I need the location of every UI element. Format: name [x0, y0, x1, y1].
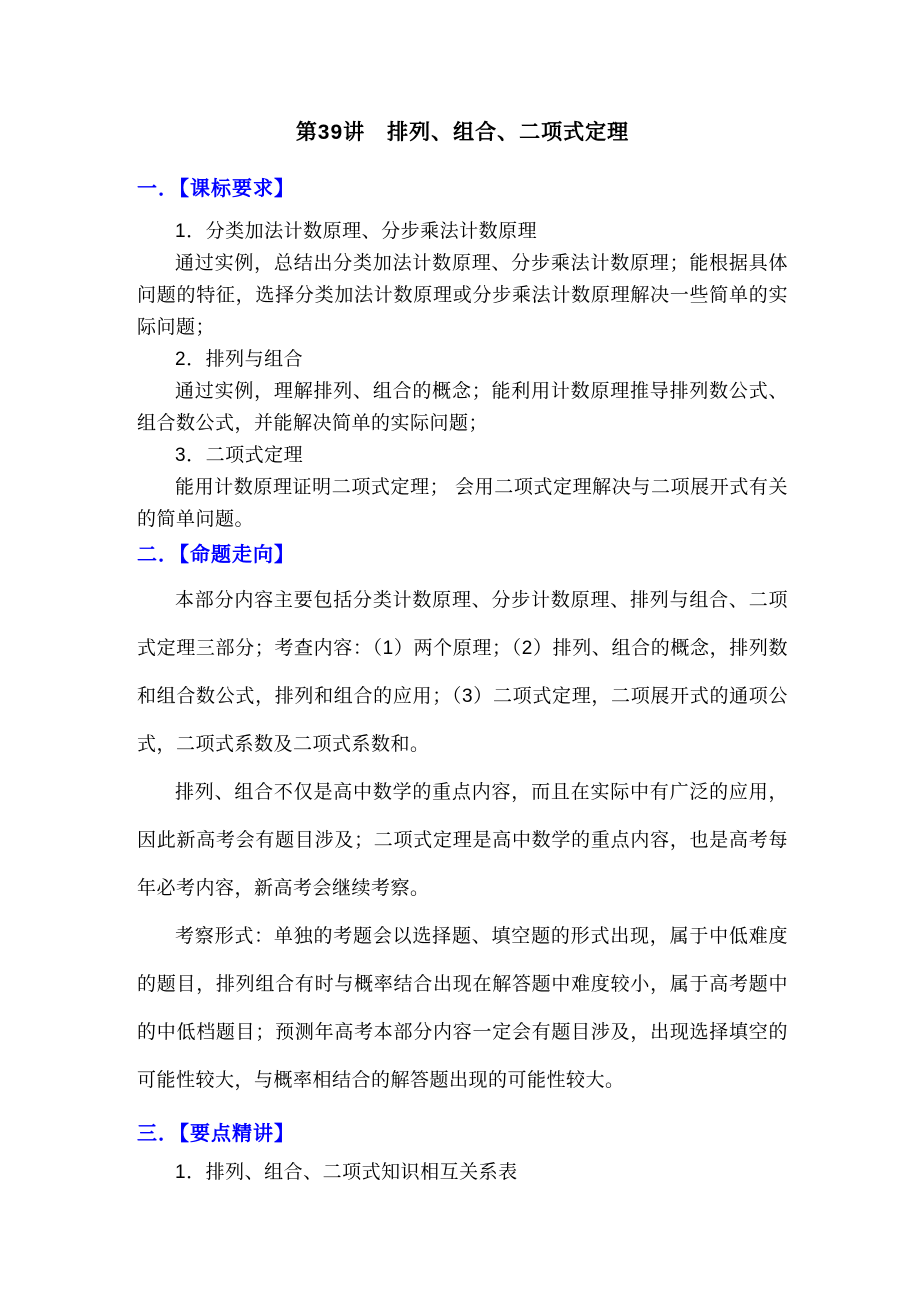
- section-heading-exam-trends: 二．【命题走向】: [137, 542, 788, 568]
- paragraph-importance: 排列、组合不仅是高中数学的重点内容，而且在实际中有广泛的应用，因此新高考会有题目…: [137, 769, 788, 913]
- section-heading-key-points: 三．【要点精讲】: [137, 1121, 788, 1147]
- paragraph-content-overview: 本部分内容主要包括分类计数原理、分步计数原理、排列与组合、二项式定理三部分；考查…: [137, 577, 788, 769]
- paragraph-item-2-title: 2．排列与组合: [137, 344, 788, 376]
- paragraph-item-2-text: 通过实例，理解排列、组合的概念；能利用计数原理推导排列数公式、组合数公式，并能解…: [137, 376, 788, 440]
- section-exam-trends: 二．【命题走向】 本部分内容主要包括分类计数原理、分步计数原理、排列与组合、二项…: [137, 542, 788, 1105]
- paragraph-relationship-table-title: 1．排列、组合、二项式知识相互关系表: [137, 1157, 788, 1189]
- section-body-exam-trends: 本部分内容主要包括分类计数原理、分步计数原理、排列与组合、二项式定理三部分；考查…: [137, 577, 788, 1105]
- paragraph-exam-format: 考察形式：单独的考题会以选择题、填空题的形式出现，属于中低难度的题目，排列组合有…: [137, 913, 788, 1105]
- document-title: 第39讲 排列、组合、二项式定理: [137, 118, 788, 148]
- paragraph-item-1-title: 1．分类加法计数原理、分步乘法计数原理: [137, 216, 788, 248]
- section-body-course-standards: 1．分类加法计数原理、分步乘法计数原理 通过实例，总结出分类加法计数原理、分步乘…: [137, 216, 788, 536]
- paragraph-item-3-text: 能用计数原理证明二项式定理； 会用二项式定理解决与二项展开式有关的简单问题。: [137, 472, 788, 536]
- document-page: 第39讲 排列、组合、二项式定理 一．【课标要求】 1．分类加法计数原理、分步乘…: [0, 0, 920, 1302]
- section-course-standards: 一．【课标要求】 1．分类加法计数原理、分步乘法计数原理 通过实例，总结出分类加…: [137, 176, 788, 536]
- section-key-points: 三．【要点精讲】 1．排列、组合、二项式知识相互关系表: [137, 1121, 788, 1189]
- section-heading-course-standards: 一．【课标要求】: [137, 176, 788, 202]
- section-body-key-points: 1．排列、组合、二项式知识相互关系表: [137, 1157, 788, 1189]
- paragraph-item-3-title: 3．二项式定理: [137, 440, 788, 472]
- paragraph-item-1-text: 通过实例，总结出分类加法计数原理、分步乘法计数原理；能根据具体问题的特征，选择分…: [137, 248, 788, 344]
